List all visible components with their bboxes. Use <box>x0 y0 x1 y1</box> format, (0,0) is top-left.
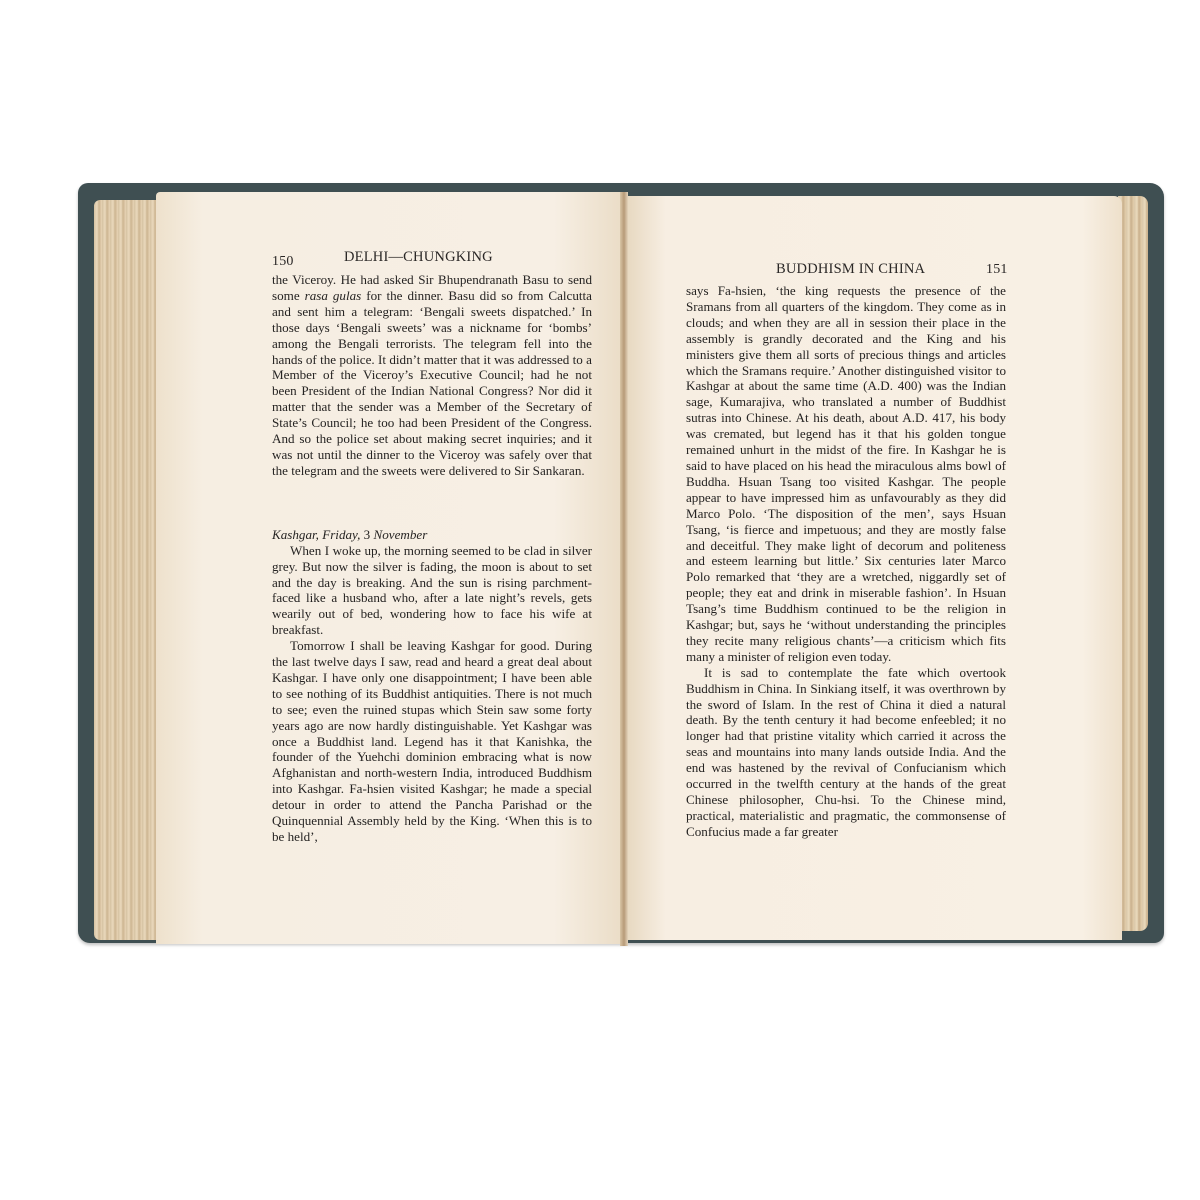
paragraph: When I woke up, the morning seemed to be… <box>272 543 592 638</box>
left-page-text: the Viceroy. He had asked Sir Bhupendran… <box>272 272 592 845</box>
dateline-day: 3 <box>360 527 373 542</box>
right-page-text: says Fa-hsien, ‘the king requests the pr… <box>686 283 1006 840</box>
paragraph: the Viceroy. He had asked Sir Bhupendran… <box>272 272 592 479</box>
paragraph: It is sad to contemplate the fate which … <box>686 665 1006 840</box>
paragraph: says Fa-hsien, ‘the king requests the pr… <box>686 283 1006 665</box>
right-running-head: BUDDHISM IN CHINA <box>776 261 925 278</box>
italic-term: rasa gulas <box>305 288 362 303</box>
text-run: for the dinner. Basu did so from Calcutt… <box>272 288 592 478</box>
dateline-month: November <box>374 527 428 542</box>
open-book: 150 DELHI—CHUNGKING the Viceroy. He had … <box>0 0 1200 1200</box>
section-break <box>272 479 592 527</box>
right-page-edges <box>1118 196 1148 931</box>
paragraph: Tomorrow I shall be leaving Kashgar for … <box>272 638 592 845</box>
dateline-place: Kashgar, Friday, <box>272 527 360 542</box>
right-page-number: 151 <box>986 262 1008 278</box>
left-page-edges <box>94 200 164 940</box>
left-running-head: DELHI—CHUNGKING <box>344 249 493 266</box>
left-page-number: 150 <box>272 254 294 270</box>
dateline: Kashgar, Friday, 3 November <box>272 527 592 543</box>
book-gutter <box>620 192 628 946</box>
